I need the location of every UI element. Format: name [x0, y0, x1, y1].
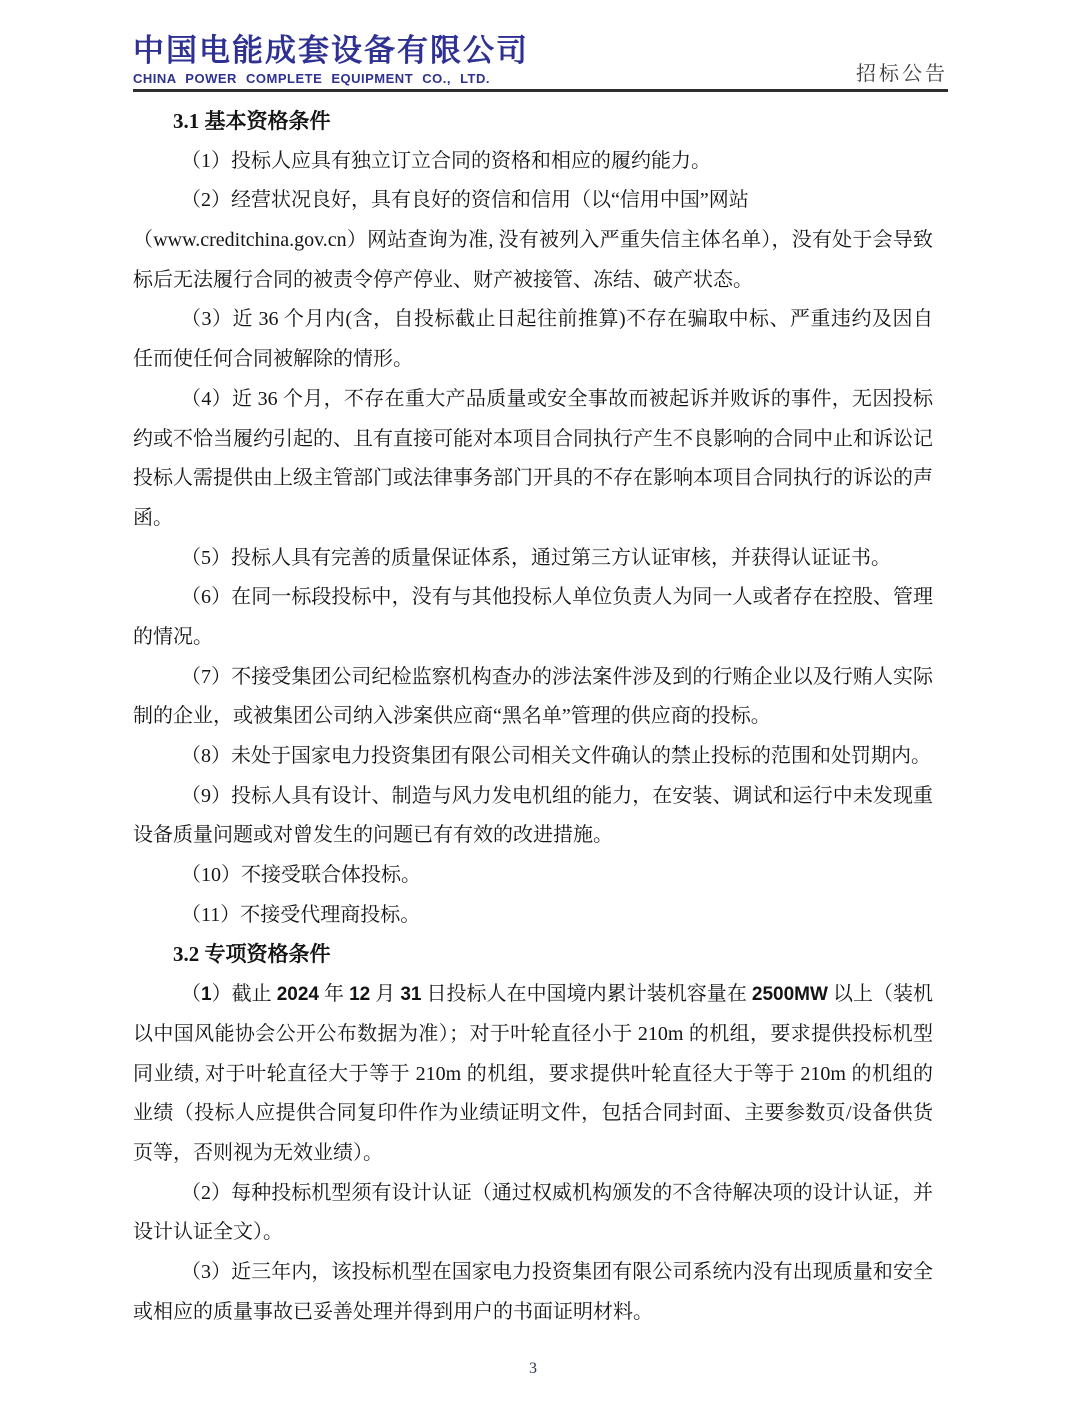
paragraph-line: （11）不接受代理商投标。	[133, 896, 933, 936]
paragraph-line: （1）投标人应具有独立订立合同的资格和相应的履约能力。	[133, 142, 933, 182]
document-page: 中国电能成套设备有限公司 CHINA POWER COMPLETE EQUIPM…	[0, 0, 1080, 1404]
paragraph-line: （2）经营状况良好，具有良好的资信和信用（以“信用中国”网站	[133, 181, 933, 221]
paragraph-line: 任而使任何合同被解除的情形。	[133, 340, 933, 380]
paragraph-line: 以中国风能协会公开公布数据为准）；对于叶轮直径小于 210m 的机组，要求提供投…	[133, 1015, 933, 1055]
page-number: 3	[133, 1360, 933, 1378]
section-heading: 3.1 基本资格条件	[133, 102, 933, 142]
paragraph-line: （www.creditchina.gov.cn）网站查询为准, 没有被列入严重失…	[133, 221, 933, 261]
paragraph-line: （10）不接受联合体投标。	[133, 856, 933, 896]
paragraph-line: （3）近三年内，该投标机型在国家电力投资集团有限公司系统内没有出现质量和安全事故	[133, 1253, 933, 1293]
paragraph-line: （5）投标人具有完善的质量保证体系，通过第三方认证审核，并获得认证证书。	[133, 539, 933, 579]
paragraph-line: （2）每种投标机型须有设计认证（通过权威机构颁发的不含待解决项的设计认证，并提供	[133, 1174, 933, 1214]
paragraph-line: 函。	[133, 499, 933, 539]
company-name-cn: 中国电能成套设备有限公司	[133, 34, 529, 68]
paragraph-line: 业绩（投标人应提供合同复印件作为业绩证明文件，包括合同封面、主要参数页/设备供货…	[133, 1094, 933, 1134]
paragraph-line: 约或不恰当履约引起的、且有直接可能对本项目合同执行产生不良影响的合同中止和诉讼记…	[133, 420, 933, 460]
paragraph-line: 或相应的质量事故已妥善处理并得到用户的书面证明材料。	[133, 1293, 933, 1333]
paragraph-line: 的情况。	[133, 618, 933, 658]
paragraph-line: （1）截止 2024 年 12 月 31 日投标人在中国境内累计装机容量在 25…	[133, 975, 933, 1015]
document-type-label: 招标公告	[856, 64, 948, 86]
paragraph-line: 设备质量问题或对曾发生的问题已有有效的改进措施。	[133, 816, 933, 856]
paragraph-line: （7）不接受集团公司纪检监察机构查办的涉法案件涉及到的行贿企业以及行贿人实际控	[133, 658, 933, 698]
paragraph-line: 投标人需提供由上级主管部门或法律事务部门开具的不存在影响本项目合同执行的诉讼的声…	[133, 459, 933, 499]
paragraph-line: （9）投标人具有设计、制造与风力发电机组的能力，在安装、调试和运行中未发现重大的	[133, 777, 933, 817]
company-name-en: CHINA POWER COMPLETE EQUIPMENT CO., LTD.	[133, 71, 529, 86]
paragraph-line: 页等，否则视为无效业绩）。	[133, 1134, 933, 1174]
paragraph-line: 同业绩, 对于叶轮直径大于等于 210m 的机组，要求提供叶轮直径大于等于 21…	[133, 1055, 933, 1095]
document-body: 3.1 基本资格条件（1）投标人应具有独立订立合同的资格和相应的履约能力。（2）…	[133, 102, 933, 1332]
letterhead: 中国电能成套设备有限公司 CHINA POWER COMPLETE EQUIPM…	[133, 34, 948, 92]
section-heading: 3.2 专项资格条件	[133, 935, 933, 975]
paragraph-line: （4）近 36 个月，不存在重大产品质量或安全事故而被起诉并败诉的事件，无因投标…	[133, 380, 933, 420]
paragraph-line: 设计认证全文）。	[133, 1213, 933, 1253]
paragraph-line: （6）在同一标段投标中，没有与其他投标人单位负责人为同一人或者存在控股、管理关系	[133, 578, 933, 618]
paragraph-line: （3）近 36 个月内(含，自投标截止日起往前推算)不存在骗取中标、严重违约及因…	[133, 300, 933, 340]
paragraph-line: 标后无法履行合同的被责令停产停业、财产被接管、冻结、破产状态。	[133, 261, 933, 301]
company-logo: 中国电能成套设备有限公司 CHINA POWER COMPLETE EQUIPM…	[133, 34, 529, 86]
paragraph-line: （8）未处于国家电力投资集团有限公司相关文件确认的禁止投标的范围和处罚期内。	[133, 737, 933, 777]
paragraph-line: 制的企业，或被集团公司纳入涉案供应商“黑名单”管理的供应商的投标。	[133, 697, 933, 737]
